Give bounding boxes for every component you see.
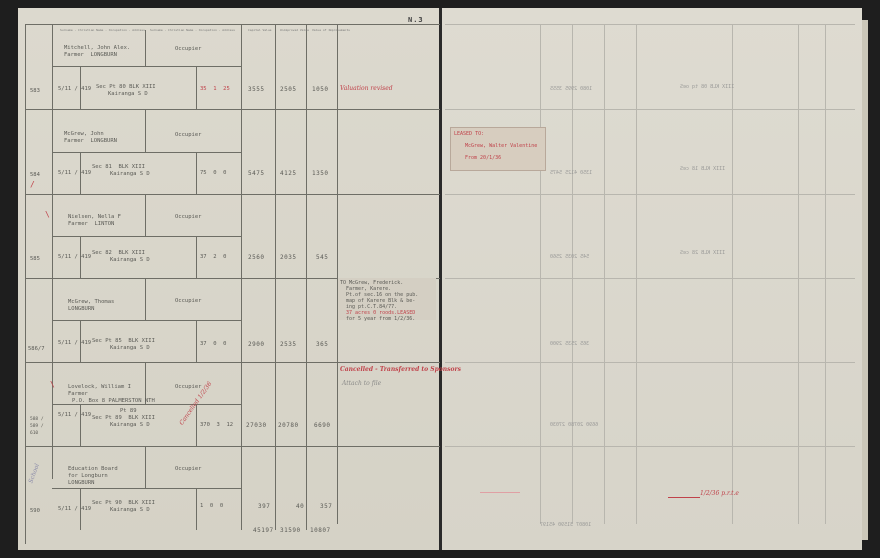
note-line: for 5 year from 1/2/36. [346, 316, 415, 323]
row-id: 583 [30, 88, 40, 95]
grid-line [196, 320, 197, 362]
leased-to-title: LEASED TO: [454, 131, 484, 138]
row-divider [445, 109, 855, 110]
lessee-name: Education Board [68, 466, 118, 473]
area: 1 0 0 [200, 503, 223, 510]
grid-line [798, 24, 799, 524]
description: Sec 82 BLK XIII [92, 250, 145, 257]
grid-line [145, 30, 146, 66]
grid-line [572, 24, 573, 524]
district: Kairanga S D [108, 91, 148, 98]
status: Occupier [175, 298, 202, 305]
lessee-address: P.O. Box 8 PALMERSTON NTH [72, 398, 155, 405]
improvements-value: 1050 [312, 86, 328, 93]
grid-line [145, 195, 146, 236]
leased-to-note: LEASED TO: McGrew, Walter Valentine From… [450, 127, 546, 171]
status: Occupier [175, 466, 202, 473]
grid-line [196, 152, 197, 194]
description: Sec Pt 90 BLK XIII [92, 500, 155, 507]
grid-line [145, 279, 146, 320]
red-strike-line [480, 492, 520, 493]
grid-line [196, 488, 197, 530]
lessee-locality: LONGBURN [68, 306, 95, 313]
row-id: 584 [30, 172, 40, 179]
grid-line [825, 24, 826, 524]
lessee-locality: Farmer LINTON [68, 221, 114, 228]
grid-line [145, 447, 146, 488]
red-annotation: Cancelled - Transferred to Sponsors [340, 366, 461, 373]
grid-line [445, 24, 855, 25]
description: Sec Pt 80 BLK XIII [96, 84, 156, 91]
capital-value: 27030 [246, 422, 267, 429]
improvements-value: 545 [316, 254, 328, 261]
lessee-locality: Farmer [68, 391, 88, 398]
lessee-locality: Farmer LONGBURN [64, 52, 117, 59]
status: Occupier [175, 46, 202, 53]
capital-value: 2560 [248, 254, 264, 261]
unimproved-value: 2505 [280, 86, 296, 93]
unimproved-value: 4125 [280, 170, 296, 177]
row-divider [445, 446, 855, 447]
leased-from: From 20/1/36 [465, 155, 501, 162]
grid-line [80, 404, 81, 446]
district: Kairanga S D [110, 171, 150, 178]
capital-value: 2900 [248, 341, 264, 348]
district: Kairanga S D [110, 507, 150, 514]
ref: 5/11 / 419 [58, 412, 91, 419]
red-tick-icon: / [30, 180, 35, 189]
area: 370 3 12 [200, 422, 233, 429]
status: Occupier [175, 214, 202, 221]
lessee-address: LONGBURN [68, 480, 95, 487]
description-pre: Pt 89 [120, 408, 137, 415]
ref: 5/11 / 419 [58, 254, 91, 261]
row-divider [25, 362, 440, 363]
area: 35 1 25 [200, 86, 230, 93]
grid-line [306, 446, 307, 530]
area: 75 0 0 [200, 170, 227, 177]
grid-line [196, 404, 197, 446]
page-number: N.3 [408, 16, 424, 24]
lessee-name: Lovelock, William I [68, 384, 131, 391]
grid-line [306, 24, 307, 479]
grid-line [145, 110, 146, 152]
grid-line [275, 24, 276, 479]
red-annotation-bottom: 1/2/36 p.r.t.e [700, 490, 739, 497]
district: Kairanga S D [110, 422, 150, 429]
row-divider [445, 278, 855, 279]
red-tick-icon: \ [50, 380, 55, 389]
unimproved-value: 20780 [278, 422, 299, 429]
improvements-value: 365 [316, 341, 328, 348]
lessee-name: Mitchell, John Alex. [64, 45, 130, 52]
row-divider [25, 446, 440, 447]
capital-value: 3555 [248, 86, 264, 93]
description: Sec Pt 85 BLK XIII [92, 338, 155, 345]
grid-line [196, 236, 197, 278]
ref: 5/11 / 419 [58, 86, 91, 93]
unimproved-value: 40 [296, 503, 304, 510]
improvements-value: 1350 [312, 170, 328, 177]
row-id: 586/7 [28, 346, 45, 353]
row-divider [445, 194, 855, 195]
lessee-locality: for Longburn [68, 473, 108, 480]
row-divider [445, 362, 855, 363]
grid-line [241, 24, 242, 479]
district: Kairanga S D [110, 345, 150, 352]
transfer-note: TO McGrew, Frederick. Farmer, Karere. Pt… [338, 278, 436, 320]
grid-line [540, 24, 541, 524]
grid-line [732, 24, 733, 524]
ref: 5/11 / 419 [58, 506, 91, 513]
annotation-sub: Attach to file [342, 380, 381, 387]
area: 37 2 0 [200, 254, 227, 261]
lessee-name: McGrew, John [64, 131, 104, 138]
lessee-locality: Farmer LONGBURN [64, 138, 117, 145]
red-strike-line [668, 497, 700, 498]
grid-line [52, 24, 53, 479]
description: Sec 81 BLK XIII [92, 164, 145, 171]
status: Occupier [175, 384, 202, 391]
status: Occupier [175, 132, 202, 139]
capital-value: 5475 [248, 170, 264, 177]
grid-line [636, 24, 637, 524]
lessee-name: McGrew, Thomas [68, 299, 114, 306]
improvements-value: 6690 [314, 422, 330, 429]
grid-line [604, 24, 605, 524]
lessee-name: Nielsen, Nella F [68, 214, 121, 221]
page-edge [862, 20, 868, 540]
red-tick-icon: \ [45, 210, 50, 219]
capital-value: 397 [258, 503, 270, 510]
row-divider [25, 109, 440, 110]
area: 37 0 0 [200, 341, 227, 348]
grid-line [25, 24, 26, 544]
ref: 5/11 / 419 [58, 340, 91, 347]
leased-to-name: McGrew, Walter Valentine [465, 143, 537, 150]
red-annotation: Valuation revised [340, 85, 393, 92]
book-spine [439, 8, 442, 550]
improvements-value: 357 [320, 503, 332, 510]
total-capital: 45197 [253, 527, 274, 534]
total-improvements: 10807 [310, 527, 331, 534]
unimproved-value: 2535 [280, 341, 296, 348]
row-id: 585 [30, 256, 40, 263]
unimproved-value: 2035 [280, 254, 296, 261]
grid-line [196, 66, 197, 109]
row-id: 588 / 589 / 610 [30, 416, 48, 437]
description: Sec Pt 89 BLK XIII [92, 415, 155, 422]
grid-line [241, 446, 242, 530]
grid-line [337, 24, 338, 524]
row-id: 590 [30, 508, 40, 515]
grid-line [275, 446, 276, 530]
row-divider [25, 194, 440, 195]
grid-line [25, 24, 440, 25]
ref: 5/11 / 419 [58, 170, 91, 177]
total-unimproved: 31590 [280, 527, 301, 534]
district: Kairanga S D [110, 257, 150, 264]
